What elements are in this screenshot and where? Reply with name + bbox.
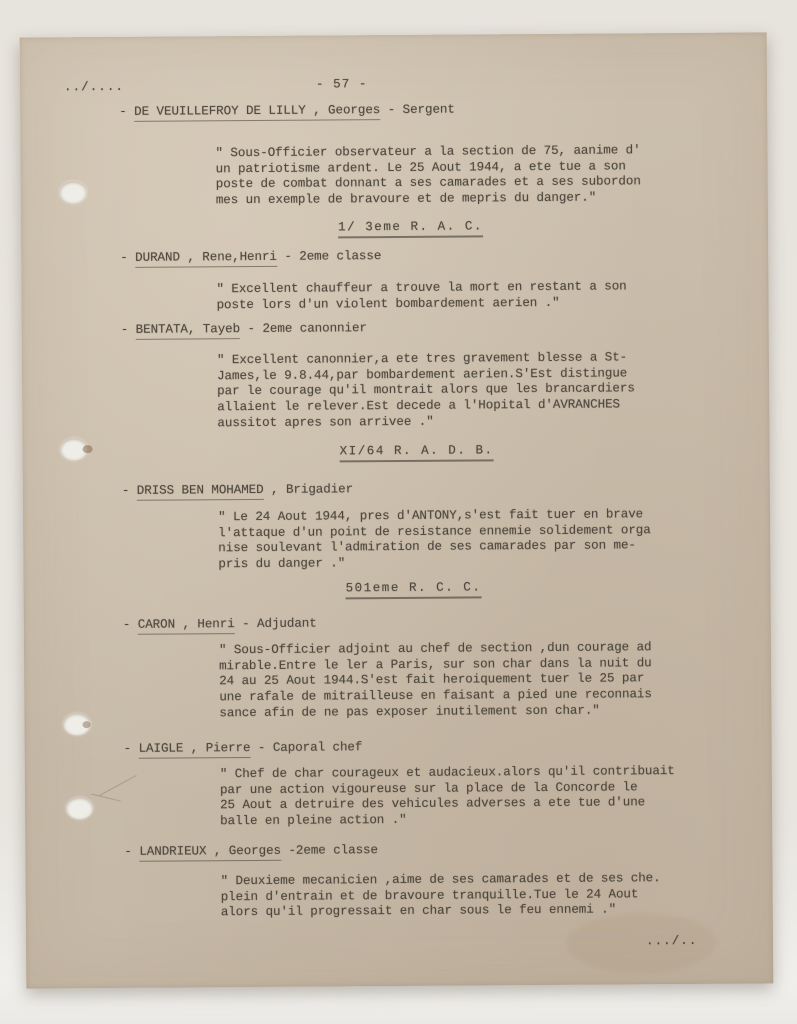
entry-dash: - (121, 323, 136, 337)
entry-dash: - (120, 251, 135, 265)
section-heading: 501eme R. C. C. (345, 580, 481, 599)
entry-citation: " Sous-Officier observateur a la section… (215, 143, 641, 209)
section-heading: XI/64 R. A. D. B. (340, 443, 494, 462)
entry-dash: - (122, 484, 137, 498)
continuation-mark-top: ../.... (64, 80, 124, 94)
punch-hole (63, 713, 90, 735)
entry: - CARON , Henri - Adjudant (123, 617, 317, 632)
entry-name: LANDRIEUX , Georges (139, 844, 281, 861)
entry-name: DE VEUILLEFROY DE LILLY , Georges (134, 103, 380, 121)
section-heading: 1/ 3eme R. A. C. (338, 219, 483, 238)
entry-name: BENTATA, Tayeb (136, 322, 241, 339)
entry: - DURAND , Rene,Henri - 2eme classe (120, 249, 381, 265)
entry-dash: - (123, 618, 138, 632)
entry-citation: " Le 24 Aout 1944, pres d'ANTONY,s'est f… (218, 507, 651, 573)
scratch-mark (91, 794, 120, 802)
entry: - LAIGLE , Pierre - Caporal chef (124, 740, 363, 756)
entry-rank: -2eme classe (281, 843, 378, 858)
entry-rank: - Caporal chef (250, 740, 362, 755)
entry-citation: " Deuxieme mecanicien ,aime de ses camar… (221, 871, 661, 921)
entry-rank: - Sergent (380, 103, 455, 118)
entry-rank: - 2eme canonnier (240, 321, 367, 336)
punch-hole (66, 797, 93, 819)
entry-citation: " Chef de char courageux et audacieux.al… (220, 764, 675, 830)
entry-citation: " Excellent chauffeur a trouve la mort e… (216, 279, 626, 313)
document-page: ../.... - 57 - - DE VEUILLEFROY DE LILLY… (20, 32, 774, 988)
entry: - DE VEUILLEFROY DE LILLY , Georges - Se… (119, 103, 455, 119)
entry: - LANDRIEUX , Georges -2eme classe (124, 843, 378, 859)
continuation-mark-bottom: .../.. (646, 934, 697, 948)
entry-name: DURAND , Rene,Henri (135, 250, 277, 267)
punch-hole (60, 438, 87, 460)
entry-rank: - Adjudant (235, 617, 317, 632)
entry-name: DRISS BEN MOHAMED (137, 483, 264, 500)
entry-citation: " Excellent canonnier,a ete tres graveme… (217, 350, 635, 431)
entry-rank: - 2eme classe (277, 249, 382, 264)
page-number: - 57 - (316, 77, 367, 91)
entry-dash: - (124, 845, 139, 859)
entry-citation: " Sous-Officier adjoint au chef de secti… (219, 640, 652, 722)
entry-name: LAIGLE , Pierre (139, 741, 251, 758)
entry-dash: - (124, 742, 139, 756)
entry: - BENTATA, Tayeb - 2eme canonnier (121, 321, 367, 337)
entry: - DRISS BEN MOHAMED , Brigadier (122, 482, 353, 498)
entry-rank: , Brigadier (264, 482, 354, 497)
entry-dash: - (119, 105, 134, 119)
punch-hole (60, 181, 87, 203)
scratch-mark (99, 775, 136, 796)
entry-name: CARON , Henri (138, 617, 235, 634)
